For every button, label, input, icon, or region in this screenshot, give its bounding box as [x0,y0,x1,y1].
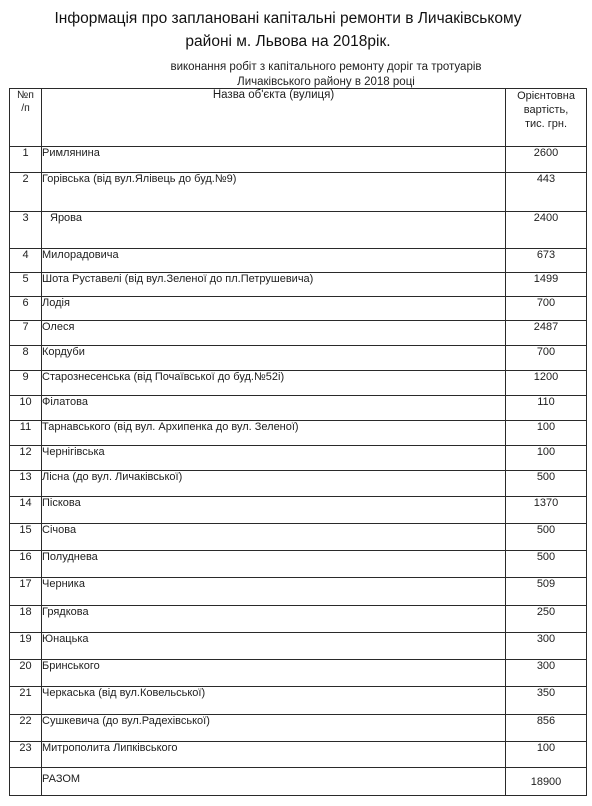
row-cost: 100 [506,742,587,768]
row-number: 23 [10,742,42,768]
row-number: 14 [10,497,42,524]
document-subtitle-line1: виконання робіт з капітального ремонту д… [30,60,592,75]
row-number: 10 [10,396,42,421]
row-number: 11 [10,421,42,446]
row-number: 15 [10,524,42,551]
row-street-name: Сушкевича (до вул.Радехівської) [42,715,506,742]
row-cost: 500 [506,524,587,551]
row-cost: 100 [506,446,587,471]
row-street-name: Чернігівська [42,446,506,471]
row-number: 4 [10,249,42,273]
row-cost: 300 [506,633,587,660]
table-row: 7Олеся2487 [10,321,587,346]
row-number: 1 [10,147,42,173]
table-row: 6Лодія700 [10,297,587,321]
row-cost: 1499 [506,273,587,297]
row-street-name: Черкаська (від вул.Ковельської) [42,687,506,715]
row-street-name: Філатова [42,396,506,421]
row-number: 6 [10,297,42,321]
row-street-name: Кордуби [42,346,506,371]
row-street-name: Старознесенська (від Почаївської до буд.… [42,371,506,396]
document-title-line1: Інформація про заплановані капітальні ре… [0,8,584,29]
row-street-name: Бринського [42,660,506,687]
table-header-row: №п /п Назва об'єкта (вулиця) Орієнтовна … [10,89,587,147]
table-row: 13Лісна (до вул. Личаківської)500 [10,471,587,497]
row-number: 2 [10,173,42,212]
table-row: 17Черника509 [10,578,587,606]
header-cost-line1: Орієнтовна [506,89,586,103]
header-cost-line3: тис. грн. [506,117,586,131]
row-number: 19 [10,633,42,660]
row-cost: 856 [506,715,587,742]
row-street-name: Січова [42,524,506,551]
row-number: 18 [10,606,42,633]
row-cost: 500 [506,551,587,578]
row-street-name: Митрополита Липківського [42,742,506,768]
table-row: 3Ярова2400 [10,212,587,249]
row-street-name: Піскова [42,497,506,524]
table-row: 21Черкаська (від вул.Ковельської)350 [10,687,587,715]
row-cost: 700 [506,346,587,371]
row-street-name: Шота Руставелі (від вул.Зеленої до пл.Пе… [42,273,506,297]
table-row: 19Юнацька300 [10,633,587,660]
row-cost: 2487 [506,321,587,346]
table-body: 1Римлянина26002Горівська (від вул.Ялівец… [10,147,587,796]
row-number: 21 [10,687,42,715]
row-street-name: Черника [42,578,506,606]
row-cost: 700 [506,297,587,321]
table-row: 15Січова500 [10,524,587,551]
table-row: 4Милорадовича673 [10,249,587,273]
table-row: 16Полуднева500 [10,551,587,578]
row-cost: 300 [506,660,587,687]
header-number: №п /п [10,89,42,147]
row-number: 20 [10,660,42,687]
row-cost: 2600 [506,147,587,173]
row-cost: 443 [506,173,587,212]
row-number: 9 [10,371,42,396]
table-row: 8Кордуби700 [10,346,587,371]
row-number: 12 [10,446,42,471]
row-number: 3 [10,212,42,249]
row-number: 13 [10,471,42,497]
row-street-name: Лісна (до вул. Личаківської) [42,471,506,497]
total-cost: 18900 [506,768,587,796]
row-cost: 110 [506,396,587,421]
row-street-name: Ярова [42,212,506,249]
row-cost: 250 [506,606,587,633]
row-cost: 1200 [506,371,587,396]
row-cost: 500 [506,471,587,497]
header-cost-line2: вартість, [506,103,586,117]
header-number-line2: /п [10,102,41,115]
total-label: РАЗОМ [42,768,506,796]
table-row: 2Горівська (від вул.Ялівець до буд.№9)44… [10,173,587,212]
table-row: 14Піскова1370 [10,497,587,524]
row-street-name: Тарнавського (від вул. Архипенка до вул.… [42,421,506,446]
row-street-name: Милорадовича [42,249,506,273]
table-row: 20Бринського300 [10,660,587,687]
row-cost: 2400 [506,212,587,249]
row-street-name: Горівська (від вул.Ялівець до буд.№9) [42,173,506,212]
header-number-line1: №п [10,89,41,102]
table-row: 9Старознесенська (від Почаївської до буд… [10,371,587,396]
table-row: 18Грядкова250 [10,606,587,633]
row-cost: 673 [506,249,587,273]
row-street-name: Лодія [42,297,506,321]
row-number: 22 [10,715,42,742]
table-row: 12Чернігівська100 [10,446,587,471]
header-estimated-cost: Орієнтовна вартість, тис. грн. [506,89,587,147]
row-cost: 1370 [506,497,587,524]
row-street-name: Римлянина [42,147,506,173]
row-number: 17 [10,578,42,606]
row-cost: 350 [506,687,587,715]
row-number: 7 [10,321,42,346]
row-number: 16 [10,551,42,578]
table-row: 1Римлянина2600 [10,147,587,173]
table-row: 10Філатова110 [10,396,587,421]
table-row: 23Митрополита Липківського100 [10,742,587,768]
row-street-name: Грядкова [42,606,506,633]
row-street-name: Полуднева [42,551,506,578]
document-title-line2: районі м. Львова на 2018рік. [0,31,584,52]
repairs-table: №п /п Назва об'єкта (вулиця) Орієнтовна … [9,88,587,796]
table-row: 11Тарнавського (від вул. Архипенка до ву… [10,421,587,446]
row-street-name: Юнацька [42,633,506,660]
table-row: 22Сушкевича (до вул.Радехівської)856 [10,715,587,742]
table-row: 5Шота Руставелі (від вул.Зеленої до пл.П… [10,273,587,297]
total-row-number [10,768,42,796]
row-street-name: Олеся [42,321,506,346]
row-cost: 100 [506,421,587,446]
row-number: 5 [10,273,42,297]
row-number: 8 [10,346,42,371]
total-row: РАЗОМ18900 [10,768,587,796]
header-object-name: Назва об'єкта (вулиця) [42,89,506,147]
row-cost: 509 [506,578,587,606]
